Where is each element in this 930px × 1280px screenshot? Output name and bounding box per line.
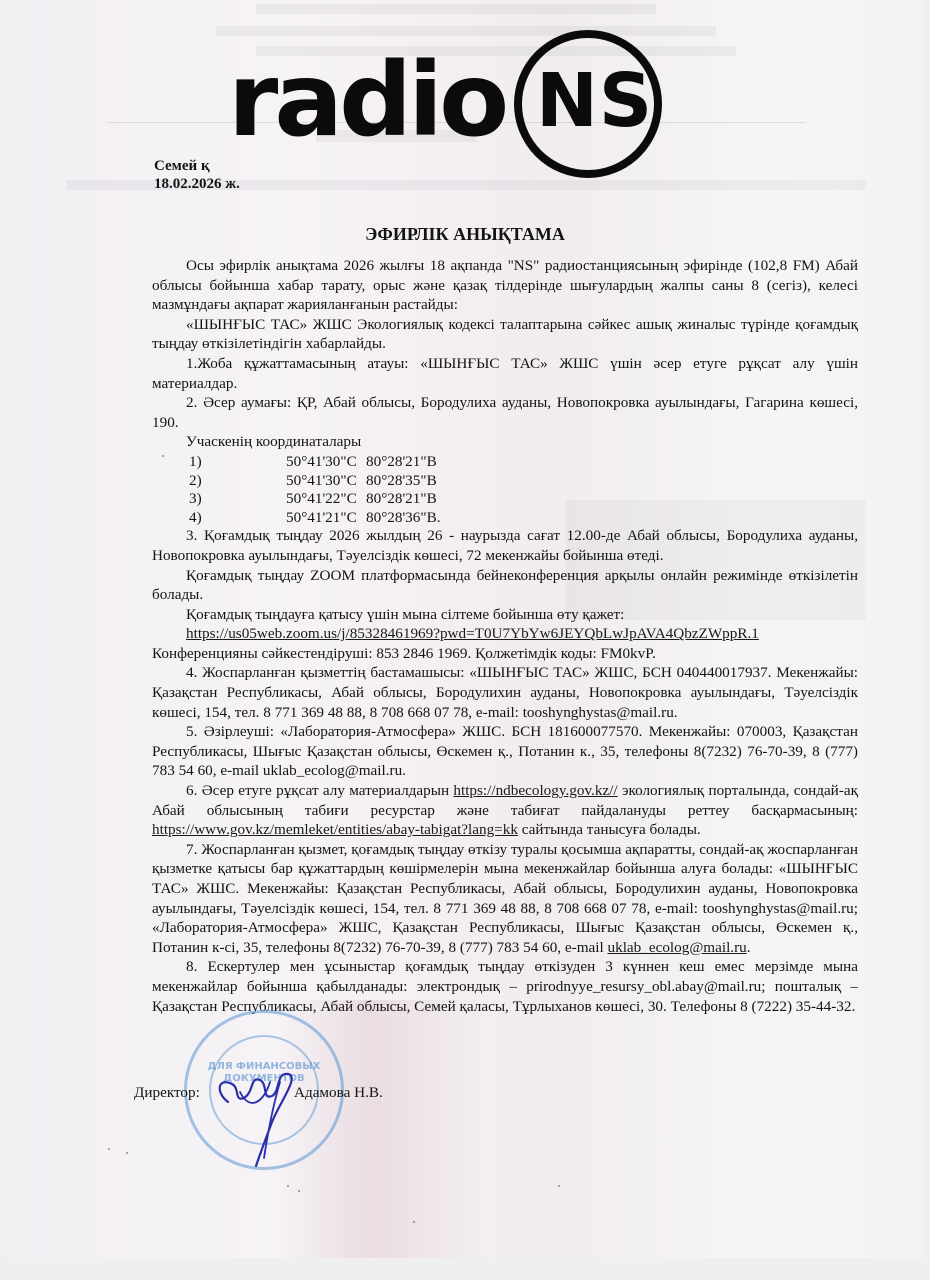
item-5: 5. Әзірлеуші: «Лаборатория-Атмосфера» ЖШ…	[152, 722, 858, 781]
scan-speck	[558, 1185, 560, 1187]
item-4: 4. Жоспарланған қызметтің бастамашысы: «…	[152, 663, 858, 722]
item-3: 3. Қоғамдық тыңдау 2026 жылдың 26 - наур…	[152, 526, 858, 565]
scan-speck	[413, 1221, 415, 1223]
scan-speck	[108, 1148, 110, 1150]
coordinate-row: 2)50°41'30"С80°28'35"В	[152, 471, 858, 490]
document-title: ЭФИРЛІК АНЫҚТАМА	[0, 224, 930, 245]
bleed-through-text	[256, 4, 656, 14]
coordinate-row: 3)50°41'22"С80°28'21"В	[152, 489, 858, 508]
intro-paragraph: Осы эфирлік анықтама 2026 жылғы 18 ақпан…	[152, 256, 858, 315]
scan-speck	[287, 1185, 289, 1187]
coordinates-heading: Учаскенің координаталары	[152, 432, 858, 452]
city: Семей қ	[154, 157, 240, 175]
director-label: Директор:	[134, 1084, 200, 1102]
zoom-link[interactable]: https://us05web.zoom.us/j/85328461969?pw…	[186, 625, 759, 642]
letter-header: Семей қ 18.02.2026 ж.	[154, 157, 240, 193]
ndbecology-link[interactable]: https://ndbecology.gov.kz//	[453, 782, 617, 799]
zoom-ids: Конференцияны сәйкестендіруші: 853 2846 …	[152, 644, 858, 664]
date: 18.02.2026 ж.	[154, 175, 240, 193]
item-8: 8. Ескертулер мен ұсыныстар қоғамдық тың…	[152, 957, 858, 1016]
coordinates-list: 1)50°41'30"С80°28'21"В 2)50°41'30"С80°28…	[152, 452, 858, 526]
signature-icon	[210, 1062, 320, 1172]
logo-wordmark-ns: NS	[536, 64, 653, 138]
scan-speck	[298, 1190, 300, 1192]
item-2: 2. Әсер аумағы: ҚР, Абай облысы, Бородул…	[152, 393, 858, 432]
zoom-link-row: https://us05web.zoom.us/j/85328461969?pw…	[152, 624, 858, 644]
logo-wordmark-radio: radio	[228, 50, 505, 152]
zoom-note: Қоғамдық тыңдау ZOOM платформасында бейн…	[152, 566, 858, 605]
zoom-link-label: Қоғамдық тыңдауға қатысу үшін мына сілте…	[152, 605, 858, 625]
coordinate-row: 1)50°41'30"С80°28'21"В	[152, 452, 858, 471]
gov-kz-link[interactable]: https://www.gov.kz/memleket/entities/aba…	[152, 821, 518, 838]
item-6: 6. Әсер етуге рұқсат алу материалдарын h…	[152, 781, 858, 840]
scan-speck	[162, 455, 164, 457]
radio-ns-logo: radio NS	[218, 30, 718, 180]
document-body: Осы эфирлік анықтама 2026 жылғы 18 ақпан…	[152, 256, 858, 1016]
uklab-email-link[interactable]: uklab_ecolog@mail.ru	[608, 939, 747, 956]
item-1: 1.Жоба құжаттамасының атауы: «ШЫНҒЫС ТАС…	[152, 354, 858, 393]
scan-speck	[126, 1152, 128, 1154]
coordinate-row: 4)50°41'21"С80°28'36"В.	[152, 508, 858, 527]
item-7: 7. Жоспарланған қызмет, қоғамдық тыңдау …	[152, 840, 858, 958]
announcement-paragraph: «ШЫНҒЫС ТАС» ЖШС Экологиялық кодексі тал…	[152, 315, 858, 354]
